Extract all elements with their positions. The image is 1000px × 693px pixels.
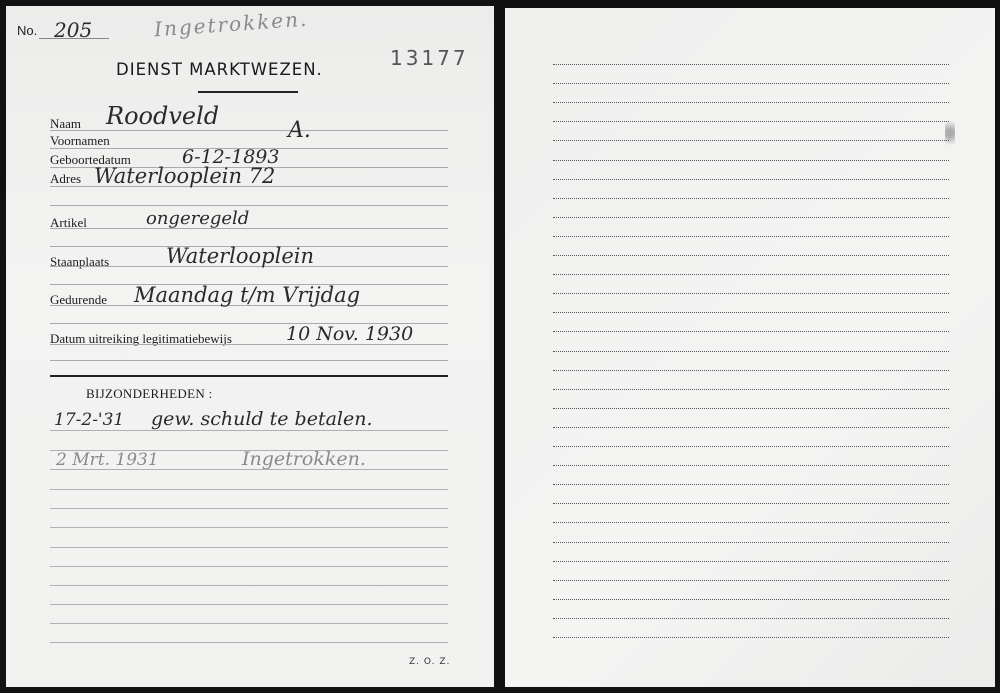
note-line	[50, 604, 448, 605]
note-line	[50, 623, 448, 624]
notes-heading: BIJZONDERHEDEN :	[86, 386, 212, 402]
ruled-line	[553, 179, 949, 180]
ruled-line	[553, 446, 949, 447]
ruled-line	[553, 293, 949, 294]
note-line	[50, 527, 448, 528]
field-label-adres: Adres	[50, 171, 81, 187]
ruled-line	[553, 198, 949, 199]
note-line	[50, 489, 448, 490]
ruled-line	[553, 274, 949, 275]
ruled-line	[553, 217, 949, 218]
ruled-line	[553, 83, 949, 84]
ruled-line	[553, 160, 949, 161]
note-line	[50, 508, 448, 509]
field-value-voornamen: A.	[288, 118, 311, 143]
field-line-blank-5	[50, 360, 448, 361]
field-value-naam: Roodveld	[106, 102, 219, 130]
archive-number: 13177	[390, 46, 469, 70]
ruled-line	[553, 465, 949, 466]
note-date-1: 17-2-'31	[54, 410, 124, 430]
note-line	[50, 430, 448, 431]
ruled-line	[553, 255, 949, 256]
field-line-blank	[50, 205, 448, 206]
note-line	[50, 469, 448, 470]
ruled-line	[553, 121, 949, 122]
number-label: No.	[17, 23, 37, 38]
ruled-line	[553, 370, 949, 371]
note-line	[50, 642, 448, 643]
field-value-adres: Waterlooplein 72	[94, 164, 275, 188]
note-line	[50, 566, 448, 567]
note-date-2: 2 Mrt. 1931	[56, 450, 159, 470]
ruled-line	[553, 408, 949, 409]
section-divider	[50, 375, 448, 377]
card-title: DIENST MARKTWEZEN.	[116, 60, 323, 79]
title-rule	[198, 91, 298, 93]
note-line	[50, 585, 448, 586]
field-value-datum-uitreiking: 10 Nov. 1930	[286, 323, 413, 345]
ruled-line	[553, 236, 949, 237]
ruled-line	[553, 312, 949, 313]
card-number-handwritten: 205	[54, 18, 92, 42]
field-value-artikel: ongeregeld	[146, 208, 249, 229]
field-value-gedurende: Maandag t/m Vrijdag	[134, 283, 360, 307]
field-value-staanplaats: Waterlooplein	[166, 244, 314, 268]
ruled-line	[553, 64, 949, 65]
ruled-line	[553, 331, 949, 332]
note-line	[50, 547, 448, 548]
ruled-line	[553, 599, 949, 600]
field-label-staanplaats: Staanplaats	[50, 254, 109, 270]
ruled-line	[553, 618, 949, 619]
ruled-line	[553, 427, 949, 428]
ruled-line	[553, 561, 949, 562]
ruled-line	[553, 484, 949, 485]
note-line	[50, 450, 448, 451]
field-line-naam	[50, 130, 448, 131]
ruled-line	[553, 140, 949, 141]
ink-smudge	[945, 116, 955, 150]
card-front: No. 205 Ingetrokken. 13177 DIENST MARKTW…	[6, 6, 494, 687]
note-text-1: gew. schuld te betalen.	[151, 408, 373, 430]
ruled-line	[553, 503, 949, 504]
ruled-line	[553, 522, 949, 523]
ruled-line	[553, 351, 949, 352]
field-label-voornamen: Voornamen	[50, 133, 110, 149]
card-back	[505, 8, 995, 687]
turn-over-note: Z. O. Z.	[409, 657, 450, 667]
withdrawn-annotation: Ingetrokken.	[153, 7, 309, 42]
ruled-line	[553, 542, 949, 543]
ruled-line	[553, 580, 949, 581]
ruled-line	[553, 102, 949, 103]
ruled-line	[553, 637, 949, 638]
note-text-2: Ingetrokken.	[242, 448, 366, 470]
ruled-line	[553, 389, 949, 390]
